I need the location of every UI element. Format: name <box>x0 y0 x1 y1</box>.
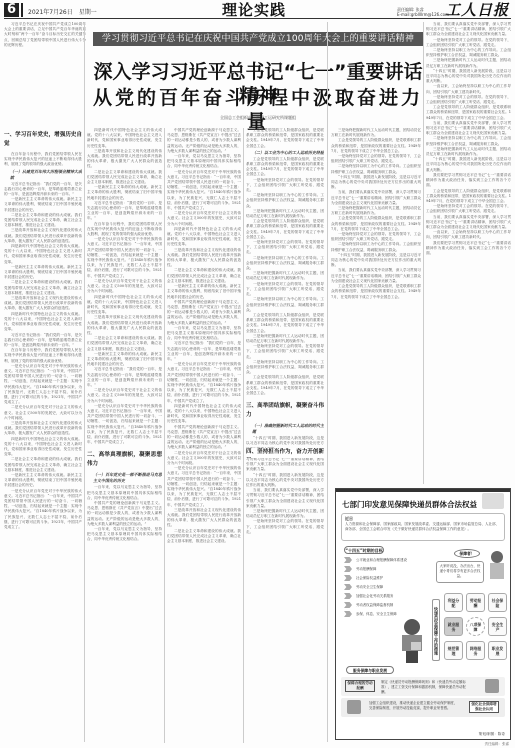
paragraph: 一百年来，党以马克思主义为指导，坚持把马克思主义基本原理同中国具体实际相结合，同… <box>167 154 241 170</box>
paragraph: 四是新时代中国特色社会主义的伟大成就。党的十八大以来，中国特色社会主义进入新时代… <box>4 312 82 333</box>
paragraph: 当前，我们要认真落实党中央部署，深入学习贯彻习近平总书记“七一”重要讲话精神，团… <box>331 268 421 284</box>
paragraph: 二是社会主义革命和建设的伟大成就。我们党团结带领人民完成社会主义革命，确立社会主… <box>87 170 162 186</box>
paragraph: 一是始终坚持党对工会的领导。在党的领导下，工会组织团结引领广大职工听党话、跟党走… <box>331 232 421 242</box>
arrow-icon <box>344 575 352 581</box>
section-2-heading: 二、高举真理旗帜，凝聚思想伟力 <box>87 451 162 469</box>
theme-banner: 学习贯彻习近平总书记在庆祝中国共产党成立100周年大会上的重要讲话精神 <box>93 32 423 46</box>
header-rule <box>4 18 511 19</box>
paragraph: 二是始终坚持以职工为中心的工作导向。工会组织坚持维护职工合法权益，竭诚服务职工群… <box>246 297 324 313</box>
column-1: 一、学习百年党史，增强历史自觉 在百年奋斗历程中，我们党团结带领人民在实现中华民… <box>4 128 82 743</box>
goal-text: 劳动安全卫生保障 <box>356 585 383 589</box>
column-2: 四是新时代中国特色社会主义的伟大成就。党的十八大以来，中国特色社会主义进入新时代… <box>87 128 162 743</box>
paragraph: 一是始终坚持党对工会的领导。在党的领导下，工会组织团结引领广大职工听党话、跟党走… <box>246 178 324 194</box>
paragraph: 当前，我们要认真落实党中央部署，深入学习贯彻习近平总书记“七一”重要讲话精神，团… <box>331 190 421 206</box>
paragraph: 一是新民主主义革命的伟大成就。新民主主义革命的伟大胜利，彻底结束了旧中国半殖民地… <box>87 352 162 368</box>
paragraph: 二是充分认识百年党史对于社会主义的伟大意义。社会主义500年的发展史，大致可以分… <box>87 388 162 404</box>
measure-row: 加强工会组织建设，推动快递企业建立健全劳动保护制度，完善保险制度，开展劳动技能竞… <box>341 698 505 717</box>
paragraph: 三是改革开放和社会主义现代化建设的伟大成就。我们党团结带领人民进行改革开放新的伟… <box>4 228 82 244</box>
intro-text: 人力资源和社会保障部、国家邮政局、国家发展改革委、交通运输部、国家市场监管总局、… <box>345 522 501 532</box>
paragraph: 三是改革开放和社会主义现代化建设的伟大成就。我们党团结带领人民进行改革开放新的伟… <box>167 248 241 269</box>
paragraph: 习近平总书记指出：“我们党的一百年，是矢志践行初心使命的一百年，是筚路蓝缕奠基立… <box>87 201 162 222</box>
infographic-panel: 七部门印发意见保障快递员群体合法权益 近日 人力资源和社会保障部、国家邮政局、国… <box>335 488 511 740</box>
paragraph: 一是新民主主义革命的伟大成就。新民主主义革命的伟大胜利，彻底结束了旧中国半殖民地… <box>4 473 82 489</box>
section-5-heading-wrap: 四、坚持担当作为，奋力开创新局 <box>246 448 324 458</box>
speech-bubble-title: 保障者！ <box>454 549 480 558</box>
header-divider <box>21 3 23 17</box>
desk-icon <box>347 700 361 714</box>
paragraph: 四是新时代中国特色社会主义的伟大成就。党的十八大以来，中国特色社会主义进入新时代… <box>4 437 82 458</box>
paragraph: 三是改革开放和社会主义现代化建设的伟大成就。我们党团结带领人民进行改革开放新的伟… <box>167 508 241 529</box>
paragraph: 三是始终把握新时代工人运动时代主题，团结动员亿万职工在新时代展现新作为。 <box>246 334 324 344</box>
paragraph: 中国共产党的理论创新源于马克思主义。马克思、恩格斯在《共产党宣言》中提出“过去的… <box>167 128 241 154</box>
paragraph: 工会是党领导的工人阶级群众组织，是党联系职工群众的桥梁和纽带，是国家政权的重要社… <box>331 216 421 232</box>
arrow-icon <box>344 584 352 590</box>
paragraph: 四是新时代中国特色社会主义的伟大成就。党的十八大以来，中国特色社会主义进入新时代… <box>87 128 162 149</box>
paragraph: 一是充分认识百年党史对于中华民族的伟大意义。习近平总书记指出：“一百年来，中国共… <box>167 170 241 212</box>
paragraph: 我们要把学习贯彻习近平总书记“七一”重要讲话精神作为重大政治任务，落实到工会工作… <box>426 173 511 189</box>
issue-date: 2021年7月26日 星期一 <box>28 9 97 16</box>
paragraph: 二是充分认识百年党史对于社会主义的伟大意义。社会主义500年的发展史，大致可以分… <box>167 211 241 227</box>
column-divider <box>423 22 424 484</box>
page-number: 6 <box>4 3 19 17</box>
arrow-icon <box>344 557 352 563</box>
paragraph: 工会是党领导的工人阶级群众组织，是党联系职工群众的桥梁和纽带，是国家政权的重要社… <box>331 138 421 154</box>
paragraph: 一是始终坚持党对工会的领导。在党的领导下，工会组织团结引领广大职工听党话、跟党走… <box>246 519 324 535</box>
newspaper-page: 6 2021年7月26日 星期一 理论实践 责任编辑: 张睿 E-mail:gr… <box>0 0 515 748</box>
paragraph: 工会是党领导的工人阶级群众组织，是党联系职工群众的桥梁和纽带，是国家政权的重要社… <box>246 313 324 334</box>
grid-cell: 职业发展 <box>488 641 507 660</box>
paragraph: 四是新时代中国特色社会主义的伟大成就。党的十八大以来，中国特色社会主义进入新时代… <box>167 404 241 425</box>
paragraph: 工会是党领导的工人阶级群众组织，是党联系职工群众的桥梁和纽带，是国家政权的重要社… <box>246 157 324 178</box>
measure-text: 加强工会组织建设，推动快递企业建立健全劳动保护制度，完善保险制度，开展劳动技能竞… <box>369 701 459 711</box>
paragraph: 二是社会主义革命和建设的伟大成就。我们党团结带领人民完成社会主义革命，确立社会主… <box>87 336 162 352</box>
paragraph: 三是改革开放和社会主义现代化建设的伟大成就。我们党团结带领人民进行改革开放新的伟… <box>87 315 162 336</box>
paragraph: 二是社会主义革命和建设的伟大成就。我们党团结带领人民完成社会主义革命，确立社会主… <box>4 280 82 296</box>
paragraph: 一直以来，工会始终坚持以职工为中心的工作导向，团结引领广大职工建功新时代。 <box>426 84 511 94</box>
delivery-truck-icon <box>482 493 504 509</box>
section-1-subheading: （一）从建党百年伟大历程领会精神大成就 <box>10 169 82 181</box>
goal-text: 劳动报酬保障 <box>356 567 376 571</box>
paragraph: 二是始终坚持以职工为中心的工作导向。工会组织坚持维护职工合法权益，竭诚服务职工群… <box>246 256 324 272</box>
paragraph: 二是充分认识百年党史对于社会主义的伟大意义。社会主义500年的发展史，大致可以分… <box>167 451 241 467</box>
grid-cell: 安全生产 <box>488 617 507 636</box>
paragraph: 二是始终坚持以职工为中心的工作导向。工会组织坚持维护职工合法权益，竭诚服务职工群… <box>426 136 511 146</box>
paragraph: 二是始终坚持以职工为中心的工作导向。工会组织坚持维护职工合法权益，竭诚服务职工群… <box>246 360 324 376</box>
paragraph: “十四五”时期，我国进入新发展阶段，这是以习近平同志为核心的党中央对我国所处历史… <box>331 175 421 191</box>
paragraph: 三是始终把握新时代工人运动时代主题，团结动员亿万职工在新时代展现新作为。 <box>246 271 324 281</box>
goal-item: 劳动报酬保障 <box>344 566 420 573</box>
section-2-subheading: （一）百年党史是一部不断推进马克思主义中国化的历史 <box>93 472 162 484</box>
paragraph: 工会是党领导的工人阶级群众组织，是党联系职工群众的桥梁和纽带，是国家政权的重要社… <box>246 375 324 396</box>
infographic-credit: 策划/制图：陈奇 <box>479 732 505 737</box>
page-header: 6 2021年7月26日 星期一 理论实践 责任编辑: 张睿 E-mail:gr… <box>4 3 511 17</box>
grid-cell: 就业服务 <box>444 617 463 636</box>
paragraph: “十四五”时期，我国进入新发展阶段，这是以习近平同志为核心的党中央对我国所处历史… <box>246 473 324 489</box>
paragraph: 二是社会主义革命和建设的伟大成就。我们党团结带领人民完成社会主义革命，确立社会主… <box>4 213 82 229</box>
measure-tag: 保障合理的劳动报酬 <box>345 680 375 692</box>
paragraph: 工会是党领导的工人阶级群众组织，是党联系职工群众的桥梁和纽带，是国家政权的重要社… <box>426 105 511 121</box>
goal-item: 劳动者权益保障监督机制 <box>344 602 420 609</box>
goal-item: 公平就业和合理报酬保障体系建设 <box>344 557 420 564</box>
paragraph: 二是始终坚持以职工为中心的工作导向。工会组织坚持维护职工合法权益，竭诚服务职工群… <box>331 164 421 174</box>
grid-cell: 网络服务 <box>466 641 485 660</box>
grid-cell: 规范管理 <box>444 641 463 660</box>
paragraph: 习近平总书记指出：“我们党的一百年，是矢志践行初心使命的一百年，是筚路蓝缕奠基立… <box>4 182 82 198</box>
intro-box: 近日 人力资源和社会保障部、国家邮政局、国家发展改革委、交通运输部、国家市场监管… <box>341 513 505 541</box>
column-divider <box>164 128 165 743</box>
paragraph: 一是新民主主义革命的伟大成就。新民主主义革命的伟大胜利，彻底结束了旧中国半殖民地… <box>87 185 162 201</box>
section-1-heading: 一、学习百年党史，增强历史自觉 <box>4 131 82 149</box>
paragraph: 工会是党领导的工人阶级群众组织，是党联系职工群众的桥梁和纽带，是国家政权的重要社… <box>246 219 324 240</box>
paragraph: 一是新民主主义革命的伟大成就。新民主主义革命的伟大胜利，彻底结束了旧中国半殖民地… <box>4 197 82 213</box>
goal-text: 公平就业和合理报酬保障体系建设 <box>356 558 407 562</box>
column-divider <box>84 22 85 742</box>
paragraph: 一是始终坚持党对工会的领导。在党的领导下，工会组织团结引领广大职工听党话、跟党走… <box>426 204 511 214</box>
paragraph: 一直以来，工会始终坚持以职工为中心的工作导向，团结引领广大职工建功新时代。 <box>426 230 511 240</box>
section-5-heading: 四、坚持担当作为，奋力开创新局 <box>246 448 324 458</box>
paragraph: “十四五”时期，我国进入新发展阶段，这是以习近平同志为核心的党中央对我国所处历史… <box>331 253 421 269</box>
measure-row: 保障合理的劳动报酬 制定《快递员劳动报酬保障规则》和《快递员劳动定额标准》，建立… <box>341 677 505 696</box>
paragraph: 四是新时代中国特色社会主义的伟大成就。党的十八大以来，中国特色社会主义进入新时代… <box>4 244 82 265</box>
infographic-top-bar <box>336 489 510 492</box>
goal-text: 劳动者权益保障监督机制 <box>356 603 393 607</box>
column-4: 工会是党领导的工人阶级群众组织，是党联系职工群众的桥梁和纽带，是国家政权的重要社… <box>246 128 324 743</box>
person-icon <box>485 679 499 693</box>
paragraph: 当前，我们要认真落实党中央部署，深入学习贯彻习近平总书记“七一”重要讲话精神，团… <box>246 488 324 509</box>
grid-center: 八项保障 <box>466 617 485 636</box>
services-label: 服务保障与职业发展 <box>346 666 394 674</box>
column-divider <box>327 22 328 742</box>
paragraph: 一百年来，党以马克思主义为指导，坚持把马克思主义基本原理同中国具体实际相结合，同… <box>167 326 241 342</box>
paragraph: 一是充分认识百年党史对于中华民族的伟大意义。习近平总书记指出：“一百年来，中国共… <box>87 237 162 279</box>
byline: 全国总工会组织部，中国工运研究所课题组 <box>93 115 423 121</box>
column-3: 中国共产党的理论创新源于马克思主义。马克思、恩格斯在《共产党宣言》中提出“过去的… <box>167 128 241 743</box>
paragraph: 一是充分认识百年党史对于中华民族的伟大意义。习近平总书记指出：“一百年来，中国共… <box>167 466 241 508</box>
paragraph: 一是充分认识百年党史对于中华民族的伟大意义。习近平总书记指出：“一百年来，中国共… <box>4 364 82 406</box>
paragraph: 工会是党领导的工人阶级群众组织，是党联系职工群众的桥梁和纽带，是国家政权的重要社… <box>331 284 421 300</box>
paragraph: 二是充分认识百年党史对于社会主义的伟大意义。社会主义500年的发展史，大致可以分… <box>4 405 82 421</box>
arrow-icon <box>344 593 352 599</box>
measures-grid: 利益分配 劳动报酬 社会保险 就业服务 八项保障 安全生产 规范管理 网络服务 … <box>444 593 508 665</box>
masthead-logo: 工人日报 <box>445 3 509 18</box>
paragraph: 一是始终坚持党对工会的领导。在党的领导下，工会组织团结引领广大职工听党话、跟党走… <box>331 154 421 164</box>
paragraph: 三是改革开放和社会主义现代化建设的伟大成就。我们党团结带领人民进行改革开放新的伟… <box>4 296 82 312</box>
section-4-heading: 三、高举团结旗帜，凝聚奋斗伟力 <box>246 402 324 420</box>
column-divider <box>243 128 244 743</box>
paragraph: 一是新民主主义革命的伟大成就。新民主主义革命的伟大胜利，彻底结束了旧中国半殖民地… <box>167 284 241 300</box>
paragraph: 中国共产党的理论创新源于马克思主义。马克思、恩格斯在《共产党宣言》中提出“过去的… <box>167 300 241 326</box>
paragraph: 中国共产党的理论创新源于马克思主义。马克思、恩格斯在《共产党宣言》中提出“过去的… <box>167 425 241 451</box>
section-3-subheading: （二）以工会为中心的工人运动历史经验 <box>252 150 324 156</box>
grid-cell: 利益分配 <box>444 593 463 612</box>
paragraph: 二是始终坚持以职工为中心的工作导向。工会组织坚持维护职工合法权益，竭诚服务职工群… <box>246 193 324 209</box>
paragraph: 一百年来，党以马克思主义为指导，坚持把马克思主义基本原理同中国具体实际相结合，同… <box>87 527 162 543</box>
paragraph: 三是始终把握新时代工人运动时代主题，团结动员亿万职工在新时代展现新作为。 <box>331 206 421 216</box>
infographic-title: 七部门印发意见保障快递员群体合法权益 <box>342 500 477 509</box>
paragraph: “十四五”时期，我国进入新发展阶段，这是以习近平同志为核心的党中央对我国所处历史… <box>426 157 511 173</box>
paragraph: 当前，我们要认真落实党中央部署，深入学习贯彻习近平总书记“七一”重要讲话精神，团… <box>426 215 511 231</box>
paragraph: 四是新时代中国特色社会主义的伟大成就。党的十八大以来，中国特色社会主义进入新时代… <box>167 227 241 248</box>
paragraph: 一是始终坚持党对工会的领导。在党的领导下，工会组织团结引领广大职工听党话、跟党走… <box>426 95 511 105</box>
paragraph: “十四五”时期，我国进入新发展阶段，这是以习近平同志为核心的党中央对我国所处历史… <box>426 69 511 85</box>
arrow-icon <box>344 602 352 608</box>
lead-paragraph: 习近平总书记在庆祝中国共产党成立100周年大会上的重要讲话，立足中国共产党百年华… <box>4 22 86 48</box>
paragraph: 在百年奋斗历程中，我们党团结带领人民在实现中华民族伟大复兴的征途上不断取得伟大胜… <box>4 152 82 168</box>
goal-item: 社会保险权益维护 <box>344 575 420 582</box>
paragraph: 二是充分认识百年党史对于社会主义的伟大意义。社会主义500年的发展史，大致可以分… <box>87 279 162 295</box>
paragraph: 三是改革开放和社会主义现代化建设的伟大成就。我们党团结带领人民进行改革开放新的伟… <box>87 149 162 170</box>
intro-label: 近日 <box>345 516 353 521</box>
paragraph: 一是充分认识百年党史对于中华民族的伟大意义。习近平总书记指出：“一百年来，中国共… <box>4 489 82 531</box>
paragraph: 二是社会主义革命和建设的伟大成就。我们党团结带领人民完成社会主义革命，确立社会主… <box>167 268 241 284</box>
paragraph: 三是始终把握新时代工人运动时代主题，团结动员亿万职工在新时代展现新作为。 <box>426 58 511 68</box>
paragraph: 一是充分认识百年党史对于中华民族的伟大意义。习近平总书记指出：“一百年来，中国共… <box>167 362 241 404</box>
paragraph: 工会是党领导的工人阶级群众组织，是党联系职工群众的桥梁和纽带，是国家政权的重要社… <box>246 128 324 149</box>
paragraph: 三是始终把握新时代工人运动时代主题，团结动员亿万职工在新时代展现新作为。 <box>246 509 324 519</box>
paragraph: 一是新民主主义革命的伟大成就。新民主主义革命的伟大胜利，彻底结束了旧中国半殖民地… <box>4 265 82 281</box>
paragraph: 习近平总书记指出：“我们党的一百年，是矢志践行初心使命的一百年，是筚路蓝缕奠基立… <box>167 341 241 362</box>
paragraph: 三是始终把握新时代工人运动时代主题，团结动员亿万职工在新时代展现新作为。 <box>331 128 421 138</box>
paragraph: 我们要把学习贯彻习近平总书记“七一”重要讲话精神作为重大政治任务，落实到工会工作… <box>426 241 511 257</box>
paragraph: 三是改革开放和社会主义现代化建设的伟大成就。我们党团结带领人民进行改革开放新的伟… <box>4 421 82 437</box>
goal-text: 社会保险权益维护 <box>356 576 383 580</box>
page-footer: 责任编辑：张睿 <box>485 742 510 747</box>
goal-item: 劳动安全卫生保障 <box>344 584 420 591</box>
grid-cell: 社会保险 <box>488 593 507 612</box>
paragraph: 一是充分认识百年党史对于中华民族的伟大意义。习近平总书记指出：“一百年来，中国共… <box>87 404 162 446</box>
goal-text: 参保、休息、安全卫生保障 <box>356 612 397 616</box>
lead-column: 习近平总书记在庆祝中国共产党成立100周年大会上的重要讲话，立足中国共产党百年华… <box>4 22 86 60</box>
goals-label: “十四五”时期的目标 <box>344 546 384 554</box>
paragraph: 一百年来，党以马克思主义为指导，坚持把马克思主义基本原理同中国具体实际相结合，同… <box>87 485 162 501</box>
section-title: 理论实践 <box>222 3 286 18</box>
arrow-icon <box>344 611 352 617</box>
paragraph: 二是社会主义革命和建设的伟大成就。我们党团结带领人民完成社会主义革命，确立社会主… <box>167 529 241 545</box>
paragraph: 中国共产党的理论创新源于马克思主义。马克思、恩格斯在《共产党宣言》中提出“过去的… <box>87 501 162 527</box>
measure-text: 制定《快递员劳动报酬保障规则》和《快递员劳动定额标准》，建立工资支付保障和激励机… <box>381 680 471 694</box>
paragraph: 三是始终把握新时代工人运动时代主题，团结动员亿万职工在新时代展现新作为。 <box>246 209 324 219</box>
paragraph: 在百年奋斗历程中，我们党团结带领人民在实现中华民族伟大复兴的征途上不断取得伟大胜… <box>87 222 162 238</box>
paragraph: 一是始终坚持党对工会的领导。在党的领导下，工会组织团结引领广大职工听党话、跟党走… <box>246 240 324 256</box>
paragraph: 三是始终把握新时代工人运动时代主题，团结动员亿万职工在新时代展现新作为。 <box>426 147 511 157</box>
measures-vertical-label: 快递员权益保障工作的措施 <box>432 599 440 661</box>
speech-bubble: 大家听说没，办法出台，快递小哥们将享有更多合法权益。 <box>436 561 484 583</box>
worker-illustration-icon <box>488 551 506 581</box>
column-6: 当前，我们要认真落实党中央部署，深入学习贯彻习近平总书记“七一”重要讲话精神，团… <box>426 22 511 484</box>
paragraph: 二是始终坚持以职工为中心的工作导向。工会组织坚持维护职工合法权益，竭诚服务职工群… <box>331 242 421 252</box>
measure-tag: 强化社会保障增强社会认同 <box>469 701 499 713</box>
paragraph: 在百年奋斗历程中，我们党团结带领人民在实现中华民族伟大复兴的征途上不断取得伟大胜… <box>4 348 82 364</box>
arrow-icon <box>344 566 352 572</box>
paragraph: 当前，我们要认真落实党中央部署，深入学习贯彻习近平总书记“七一”重要讲话精神，团… <box>426 22 511 38</box>
paragraph: 一是始终坚持党对工会的领导。在党的领导下，工会组织团结引领广大职工听党话、跟党走… <box>246 282 324 298</box>
courier-illustration-icon <box>398 619 426 663</box>
paragraph: 一是始终坚持党对工会的领导。在党的领导下，工会组织团结引领广大职工听党话、跟党走… <box>426 38 511 48</box>
paragraph: 四是新时代中国特色社会主义的伟大成就。党的十八大以来，中国特色社会主义进入新时代… <box>87 295 162 316</box>
paragraph: 习近平总书记指出：“我们党的一百年，是矢志践行初心使命的一百年，是筚路蓝缕奠基立… <box>87 367 162 388</box>
paragraph: 习近平总书记指出：“我们党的一百年，是矢志践行初心使命的一百年，是筚路蓝缕奠基立… <box>4 333 82 349</box>
section-4-subheading: （一）准确把握新时代工人运动的时代主题 <box>252 423 324 435</box>
paragraph: 二是社会主义革命和建设的伟大成就。我们党团结带领人民完成社会主义革命，确立社会主… <box>4 457 82 473</box>
paragraph: 工会是党领导的工人阶级群众组织，是党联系职工群众的桥梁和纽带，是国家政权的重要社… <box>426 189 511 205</box>
goal-item: 加强社会化劳动关系服务 <box>344 593 420 600</box>
headline-line-2: 从党的百年奋斗历程中汲取奋进力量 <box>93 86 423 134</box>
paragraph: 一是始终坚持党对工会的领导。在党的领导下，工会组织团结引领广大职工听党话、跟党走… <box>246 344 324 360</box>
goal-item: 参保、休息、安全卫生保障 <box>344 611 420 618</box>
grid-cell: 劳动报酬 <box>466 593 485 612</box>
goal-text: 加强社会化劳动关系服务 <box>356 594 393 598</box>
paragraph: 二是始终坚持以职工为中心的工作导向。工会组织坚持维护职工合法权益，竭诚服务职工群… <box>426 48 511 58</box>
paragraph: 当前，我们要认真落实党中央部署，深入学习贯彻习近平总书记“七一”重要讲话精神，团… <box>426 121 511 137</box>
column-5: 三是始终把握新时代工人运动时代主题，团结动员亿万职工在新时代展现新作为。 工会是… <box>331 128 421 484</box>
